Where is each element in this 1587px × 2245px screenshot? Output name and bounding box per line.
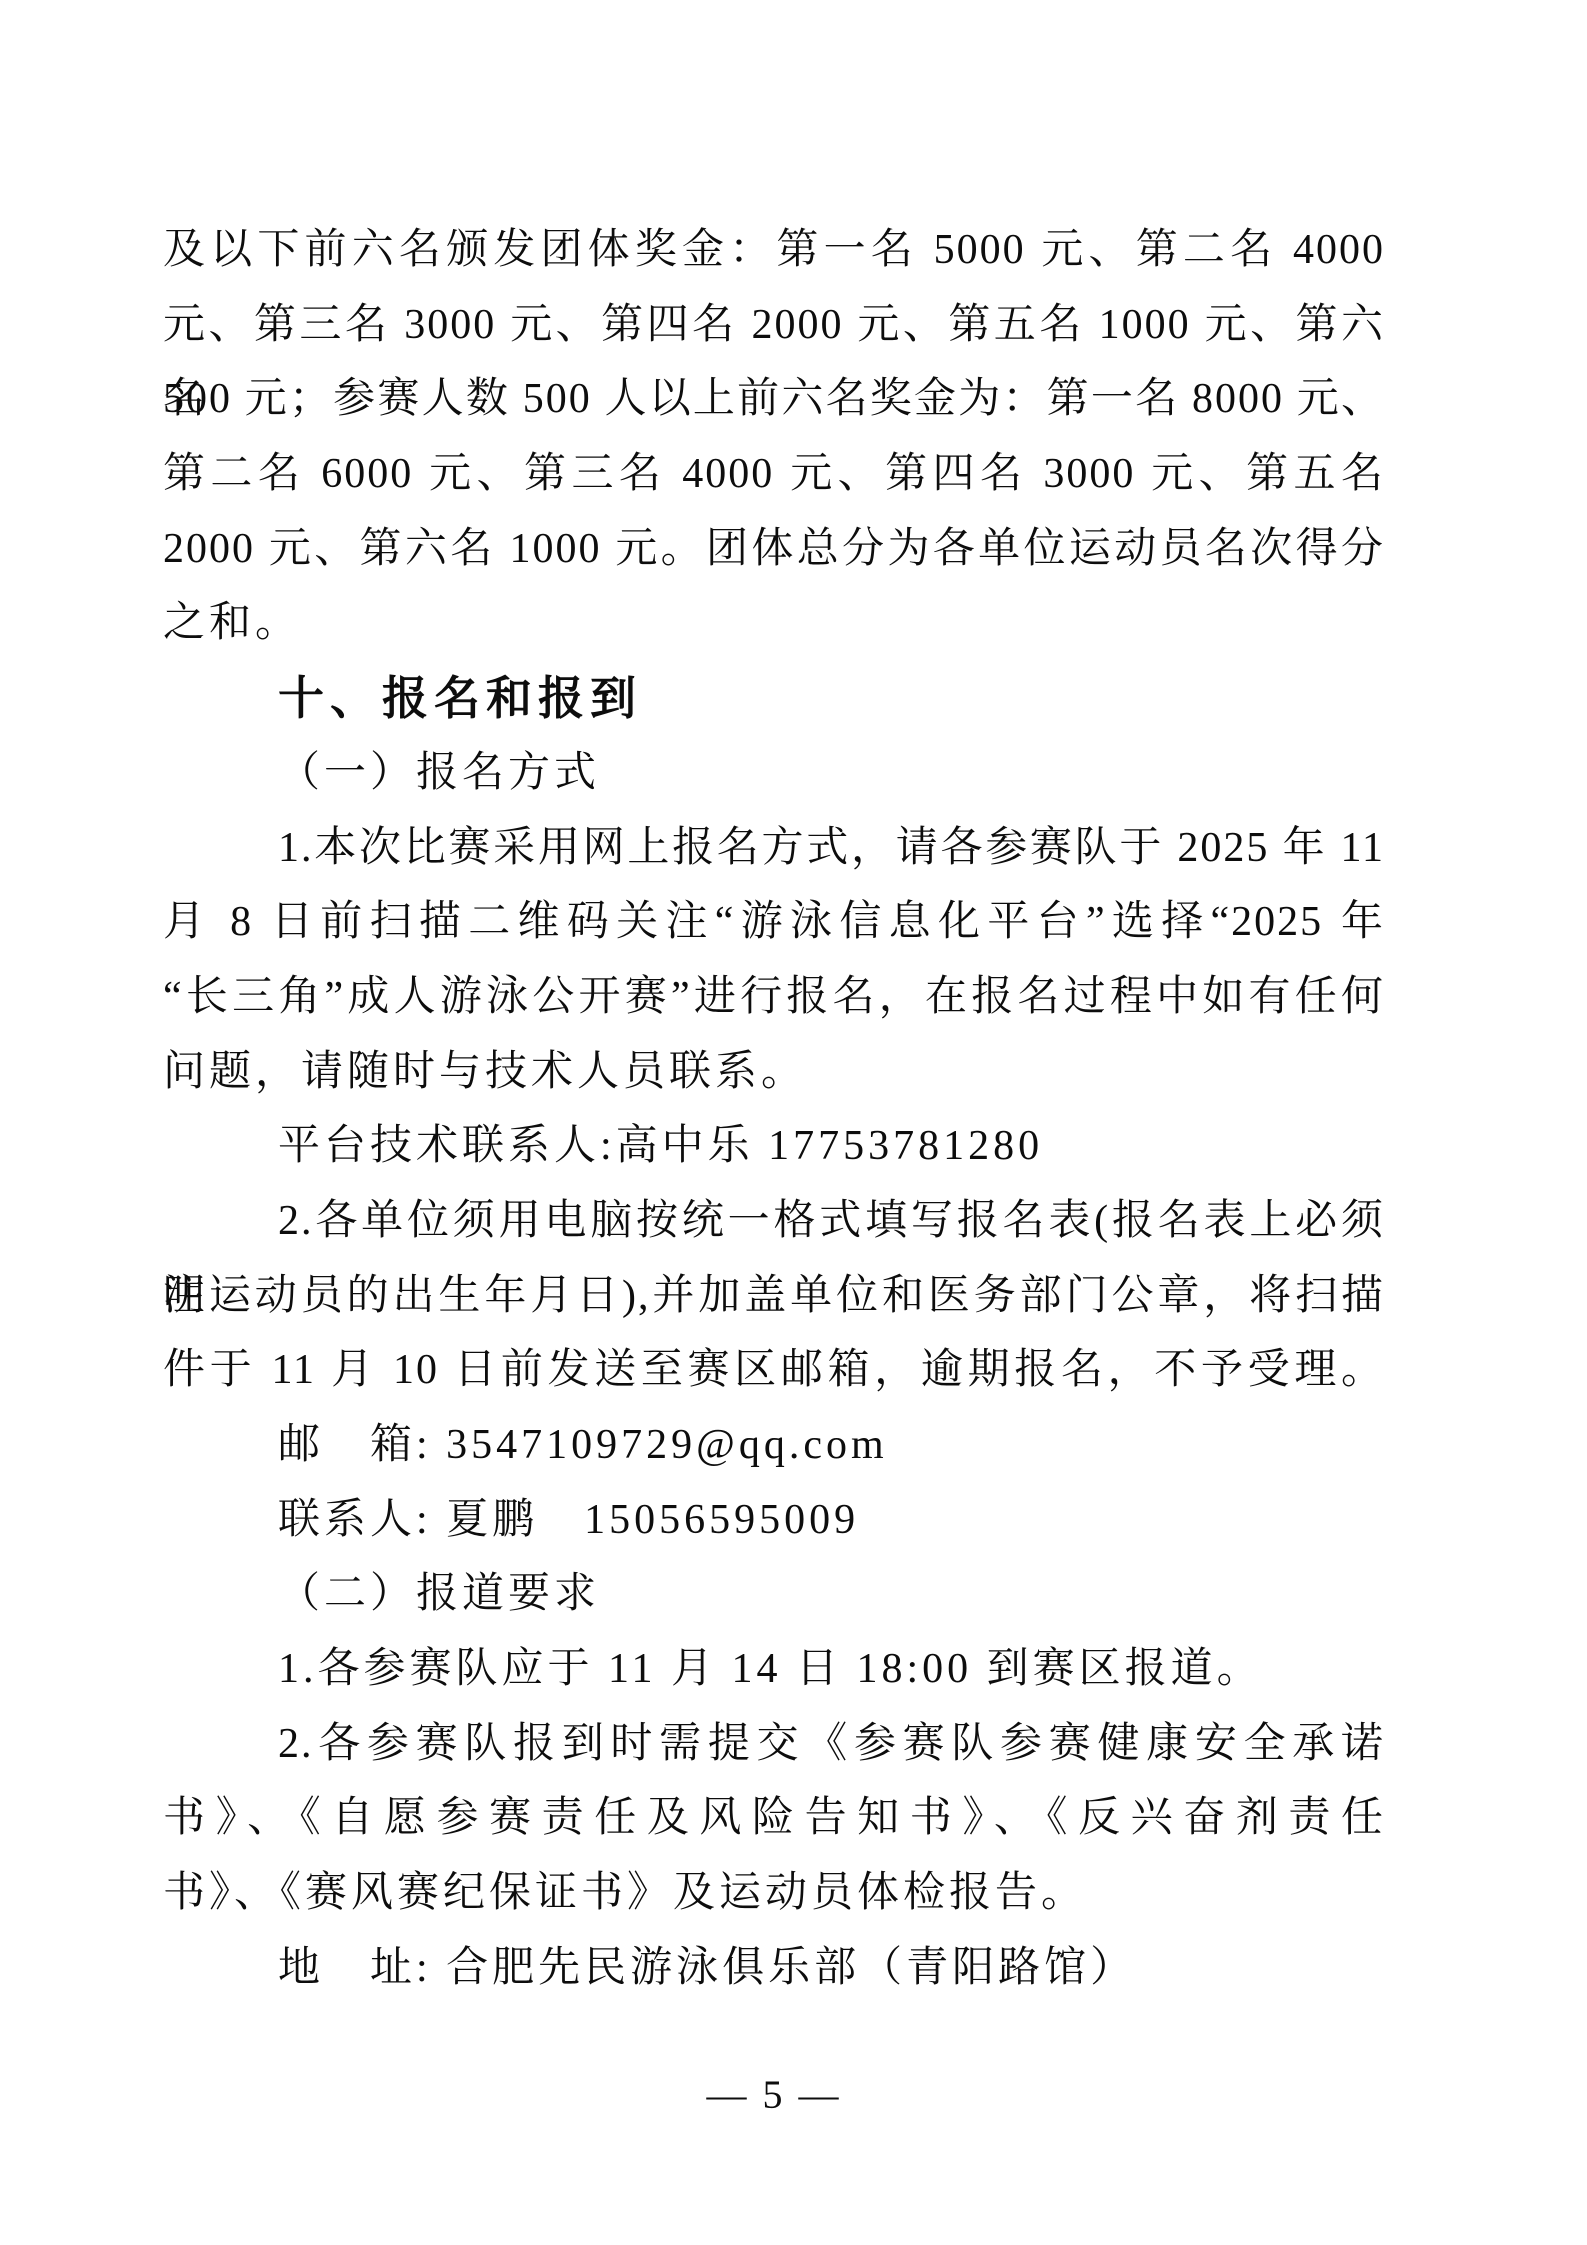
- text-line: 1.各参赛队应于 11 月 14 日 18:00 到赛区报道。: [163, 1632, 1385, 1707]
- text-line: 2.各参赛队报到时需提交《参赛队参赛健康安全承诺: [163, 1707, 1385, 1782]
- page-number: — 5 —: [163, 2058, 1385, 2132]
- text-line: （一）报名方式: [163, 736, 1385, 811]
- text-line: 邮 箱: 3547109729@qq.com: [163, 1408, 1385, 1483]
- text-line: 平台技术联系人:高中乐 17753781280: [163, 1109, 1385, 1184]
- text-line: 联系人: 夏鹏 15056595009: [163, 1483, 1385, 1558]
- text-line: 元、第三名 3000 元、第四名 2000 元、第五名 1000 元、第六名: [163, 288, 1385, 363]
- text-line: 500 元；参赛人数 500 人以上前六名奖金为：第一名 8000 元、: [163, 362, 1385, 437]
- text-line: 月 8 日前扫描二维码关注“游泳信息化平台”选择“2025 年: [163, 885, 1385, 960]
- document-page: 及以下前六名颁发团体奖金：第一名 5000 元、第二名 4000元、第三名 30…: [0, 0, 1587, 2245]
- text-line: （二）报道要求: [163, 1557, 1385, 1632]
- text-line: 书》、《赛风赛纪保证书》及运动员体检报告。: [163, 1856, 1385, 1931]
- text-line: 问题，请随时与技术人员联系。: [163, 1035, 1385, 1110]
- text-line: 2.各单位须用电脑按统一格式填写报名表(报名表上必须注: [163, 1184, 1385, 1259]
- document-body: 及以下前六名颁发团体奖金：第一名 5000 元、第二名 4000元、第三名 30…: [163, 213, 1385, 2006]
- text-line: 之和。: [163, 586, 1385, 661]
- text-line: 件于 11 月 10 日前发送至赛区邮箱，逾期报名，不予受理。: [163, 1333, 1385, 1408]
- text-line: 地 址: 合肥先民游泳俱乐部（青阳路馆）: [163, 1931, 1385, 2006]
- text-line: 书》、《自愿参赛责任及风险告知书》、《反兴奋剂责任: [163, 1781, 1385, 1856]
- heading-line: 十、报名和报到: [163, 661, 1385, 736]
- text-line: “长三角”成人游泳公开赛”进行报名，在报名过程中如有任何: [163, 960, 1385, 1035]
- text-line: 明运动员的出生年月日),并加盖单位和医务部门公章，将扫描: [163, 1259, 1385, 1334]
- text-line: 2000 元、第六名 1000 元。团体总分为各单位运动员名次得分: [163, 512, 1385, 587]
- text-line: 第二名 6000 元、第三名 4000 元、第四名 3000 元、第五名: [163, 437, 1385, 512]
- text-line: 1.本次比赛采用网上报名方式，请各参赛队于 2025 年 11: [163, 811, 1385, 886]
- text-line: 及以下前六名颁发团体奖金：第一名 5000 元、第二名 4000: [163, 213, 1385, 288]
